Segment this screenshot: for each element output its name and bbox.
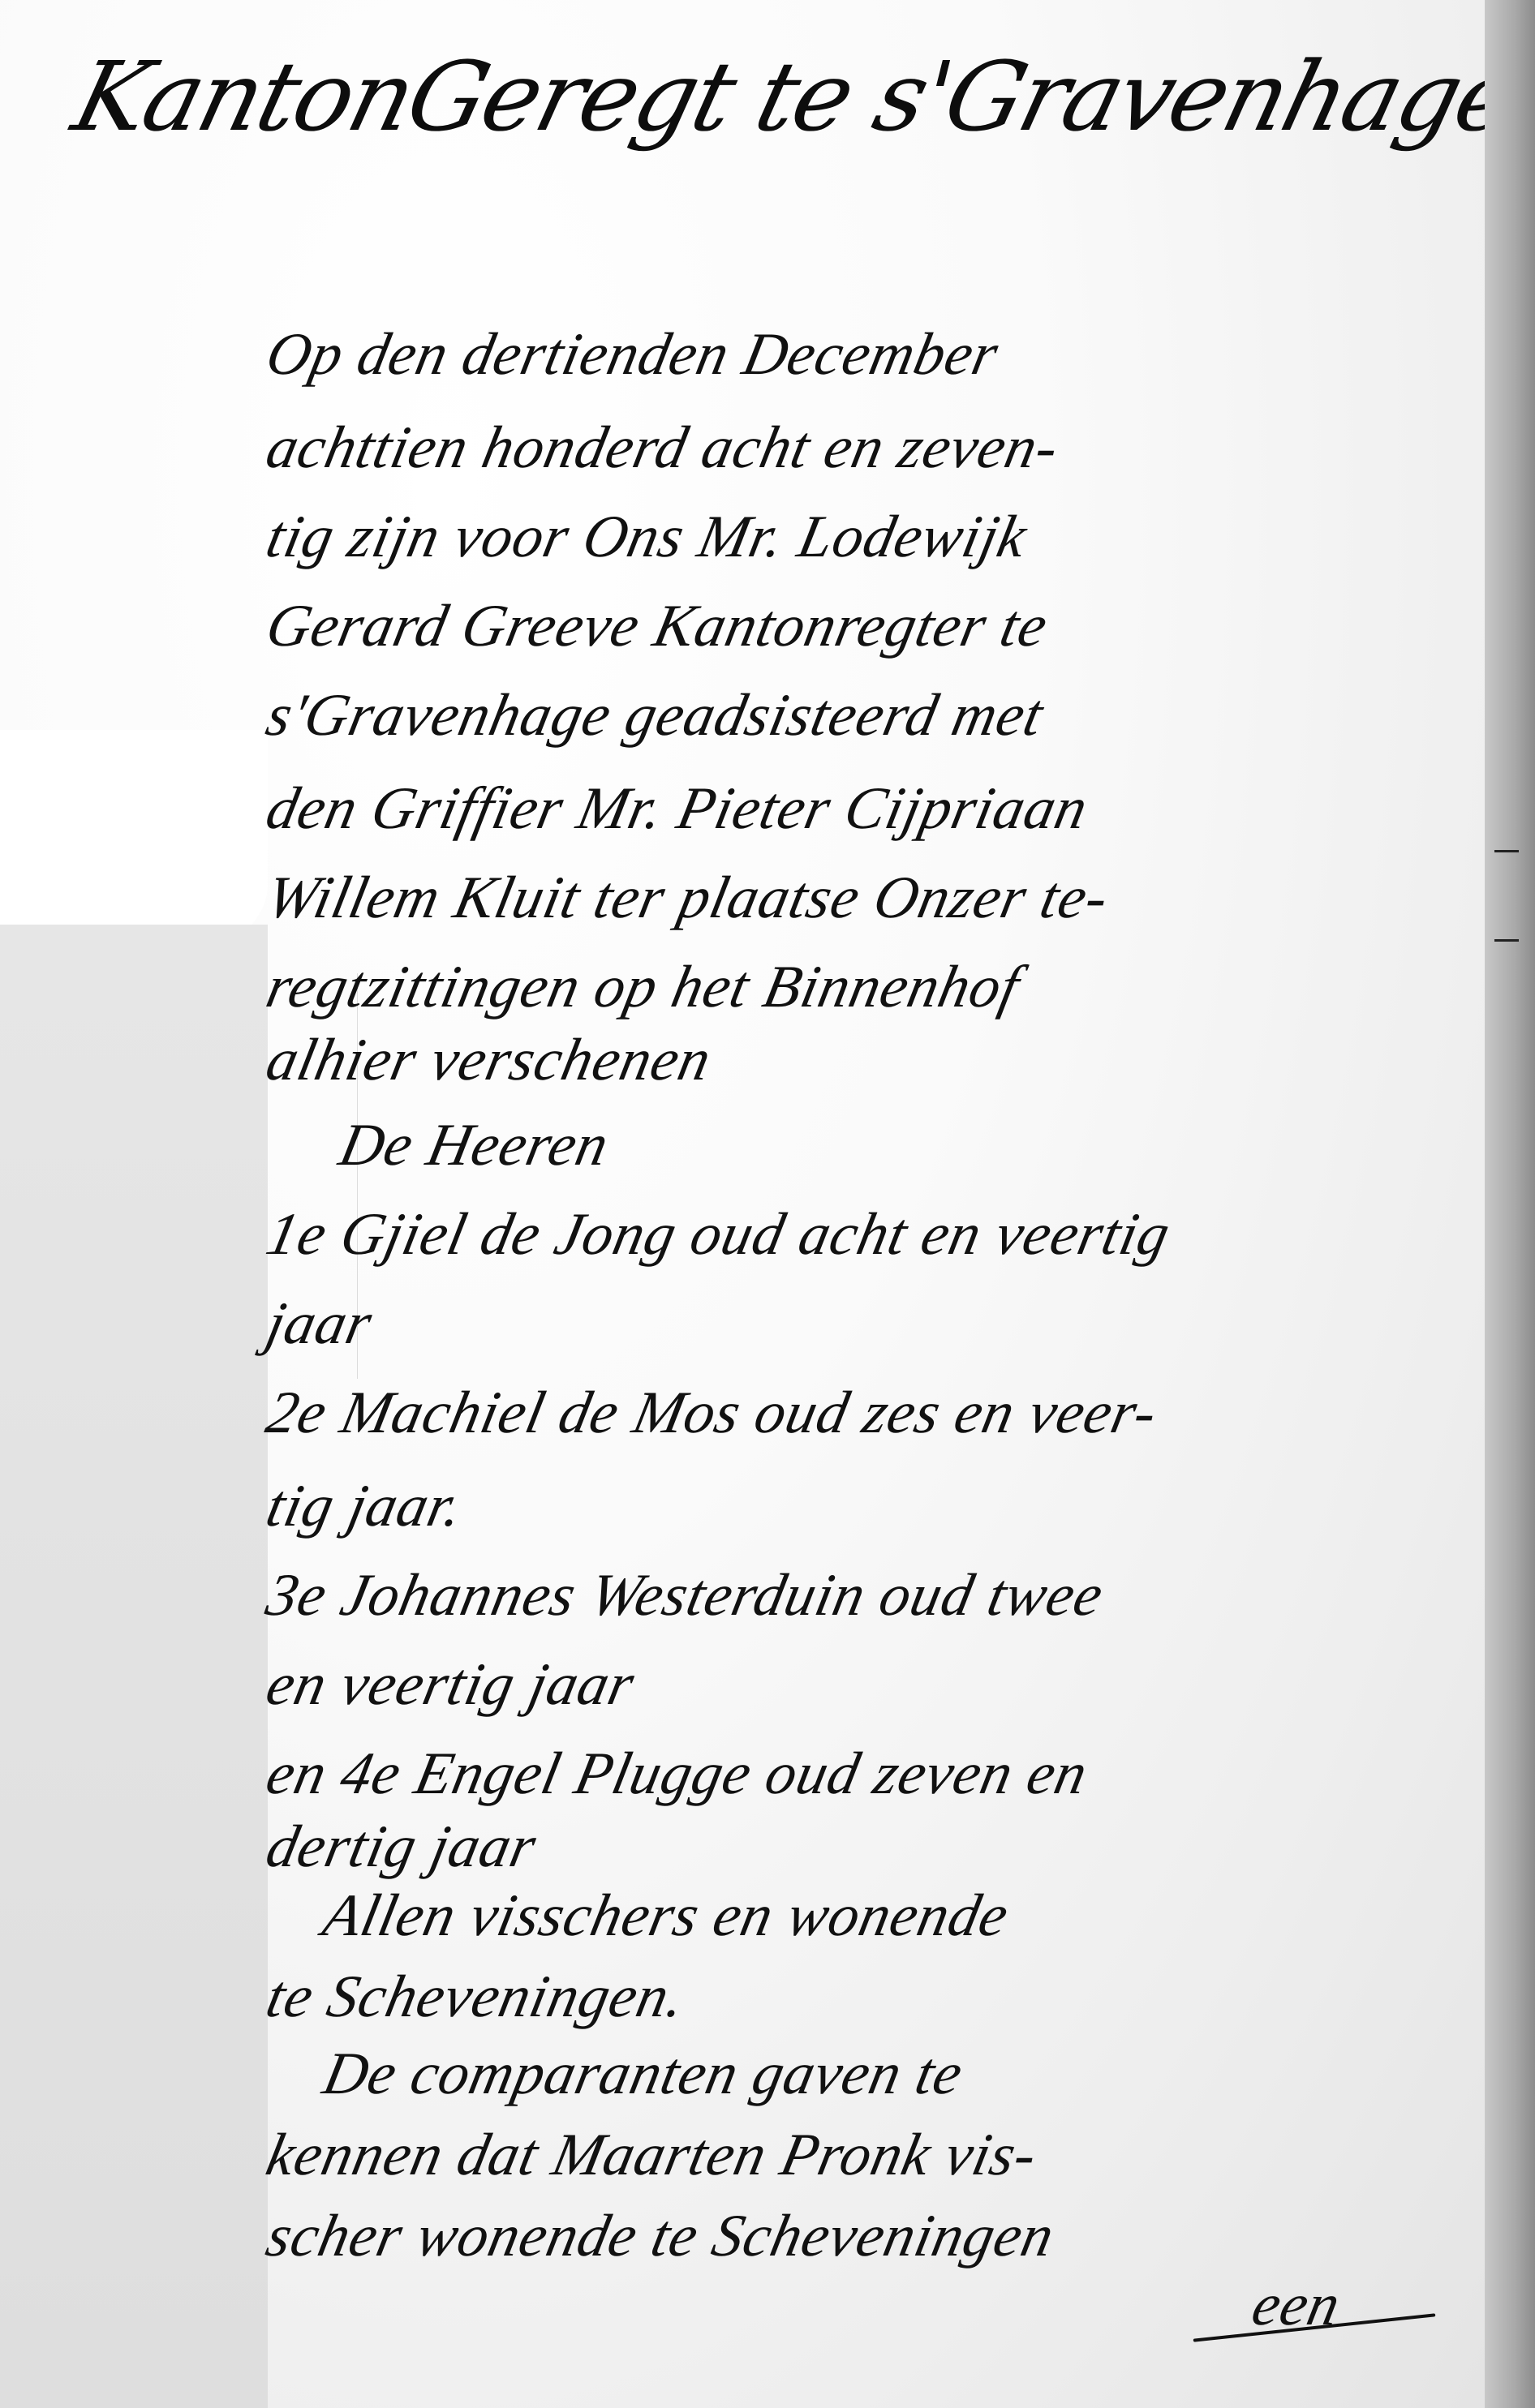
- text-line: Allen visschers en wonende: [317, 1882, 1015, 1951]
- section-heading: De Heeren: [333, 1111, 615, 1180]
- text-line: Op den dertienden December: [260, 320, 1004, 389]
- text-line: Willem Kluit ter plaatse Onzer te-: [260, 864, 1115, 933]
- spine-mark: [1494, 939, 1519, 942]
- text-line: en veertig jaar: [260, 1650, 641, 1719]
- list-item: en 4e Engel Plugge oud zeven en: [260, 1740, 1094, 1809]
- text-line: tig jaar.: [260, 1472, 469, 1541]
- spine-mark: [1494, 850, 1519, 852]
- document-heading: KantonGeregt te s'Gravenhage.: [63, 41, 1485, 152]
- text-line: De comparanten gaven te: [317, 2040, 969, 2109]
- text-line: jaar: [260, 1290, 378, 1359]
- text-line: dertig jaar: [260, 1813, 543, 1882]
- overleaf-shadow: [0, 925, 268, 2408]
- document-page: KantonGeregt te s'Gravenhage. Op den der…: [0, 0, 1485, 2408]
- binding-spine: [1485, 0, 1535, 2408]
- text-line: alhier verschenen: [260, 1026, 717, 1095]
- text-line: den Griffier Mr. Pieter Cijpriaan: [260, 775, 1094, 843]
- text-line: scher wonende te Scheveningen: [260, 2202, 1060, 2271]
- text-line: kennen dat Maarten Pronk vis-: [260, 2121, 1043, 2190]
- text-line: te Scheveningen.: [260, 1963, 691, 2032]
- text-line: regtzittingen op het Binnenhof: [260, 953, 1025, 1022]
- text-line: s'Gravenhage geadsisteerd met: [260, 681, 1050, 750]
- list-item: 1e Gjiel de Jong oud acht en veertig: [260, 1200, 1176, 1269]
- torn-corner: [0, 730, 268, 957]
- text-line: tig zijn voor Ons Mr. Lodewijk: [260, 503, 1034, 572]
- list-item: 2e Machiel de Mos oud zes en veer-: [260, 1379, 1163, 1448]
- text-line: Gerard Greeve Kantonregter te: [260, 592, 1054, 661]
- list-item: 3e Johannes Westerduin oud twee: [260, 1561, 1110, 1630]
- text-line: achttien honderd acht en zeven-: [260, 414, 1065, 483]
